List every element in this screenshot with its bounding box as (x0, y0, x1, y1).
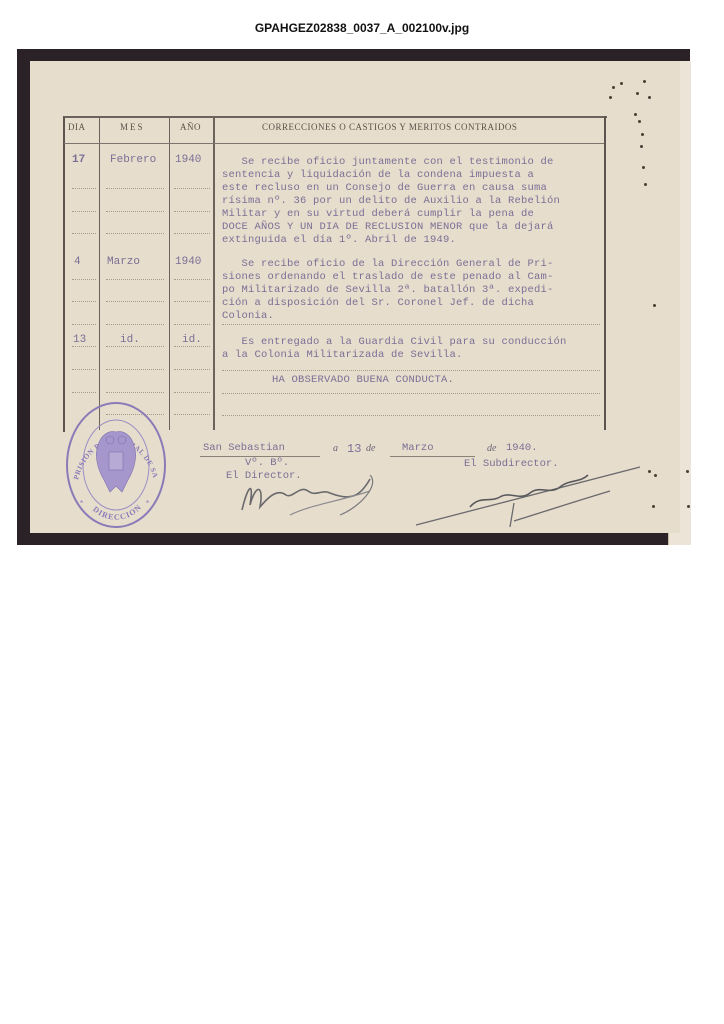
row2-ano: 1940 (175, 256, 201, 268)
header-dia: DIA (68, 122, 86, 132)
row1-text-line: Se recibe oficio juntamente con el testi… (222, 156, 554, 168)
image-filename: GPAHGEZ02838_0037_A_002100v.jpg (0, 21, 724, 35)
ruled-line (72, 392, 96, 393)
ruled-line (174, 279, 210, 280)
ruled-line (106, 279, 164, 280)
header-correcciones: CORRECCIONES O CASTIGOS Y MERITOS CONTRA… (262, 122, 517, 132)
table-right-border (604, 116, 606, 430)
ruled-line (174, 346, 210, 347)
row3-text-line: a la Colonia Militarizada de Sevilla. (222, 349, 463, 361)
ruled-line (72, 324, 96, 325)
ruled-line (72, 346, 96, 347)
footer-de1: de (366, 443, 375, 454)
row1-ano: 1940 (175, 154, 201, 166)
stamp-bottom-text: DIRECCION (91, 502, 143, 521)
ruled-line (174, 301, 210, 302)
row1-text-line: Militar y en su virtud deberá cumplir la… (222, 208, 534, 220)
ruled-line (106, 301, 164, 302)
ruled-line (72, 279, 96, 280)
column-divider-ano (213, 116, 215, 430)
subdirector-signature (410, 455, 650, 535)
row2-text-line: Colonia. (222, 310, 274, 322)
ruled-line (106, 233, 164, 234)
footer-year: 1940. (506, 442, 538, 454)
row2-dia: 4 (74, 256, 81, 268)
row1-dia: 17 (72, 154, 85, 166)
row2-text-line: po Militarizado de Sevilla 2ª. batallón … (222, 284, 554, 296)
ruled-line (72, 188, 96, 189)
ruled-line (174, 369, 210, 370)
ruled-line (72, 301, 96, 302)
svg-text:DIRECCION: DIRECCION (91, 502, 143, 521)
star-icon: * (80, 499, 83, 508)
ruled-line (174, 414, 210, 415)
director-signature (230, 455, 410, 530)
ruled-line (222, 370, 600, 371)
footer-a: a (333, 443, 338, 454)
row3-mes: id. (120, 334, 140, 346)
ruled-line (174, 324, 210, 325)
ruled-line (72, 211, 96, 212)
footer-day: 13 (347, 442, 361, 456)
row1-text-line: rísima nº. 36 por un delito de Auxilio a… (222, 195, 560, 207)
header-underline (64, 143, 604, 144)
ruled-line (222, 415, 600, 416)
row2-text-line: Se recibe oficio de la Dirección General… (222, 258, 554, 270)
ruled-line (174, 392, 210, 393)
ruled-line (72, 233, 96, 234)
ruled-line (106, 369, 164, 370)
ruled-line (174, 188, 210, 189)
conduct-note: HA OBSERVADO BUENA CONDUCTA. (272, 374, 454, 386)
header-mes: MES (120, 122, 145, 132)
footer-month: Marzo (402, 442, 434, 454)
prison-stamp: PRISION PROVINCIAL DE SAN SEBASTIAN DIRE… (64, 400, 168, 530)
footer-place: San Sebastian (203, 442, 285, 454)
ruled-line (106, 188, 164, 189)
footer-de2: de (487, 443, 496, 454)
ruled-line (72, 369, 96, 370)
ruled-line (222, 324, 600, 325)
row2-text-line: ción a disposición del Sr. Coronel Jef. … (222, 297, 534, 309)
row2-mes: Marzo (107, 256, 140, 268)
ruled-line (106, 346, 164, 347)
row1-text-line: sentencia y liquidación de la condena im… (222, 169, 534, 181)
row1-text-line: este recluso en un Consejo de Guerra en … (222, 182, 547, 194)
ruled-line (222, 393, 600, 394)
ruled-line (106, 392, 164, 393)
eagle-emblem-icon (96, 432, 135, 492)
row3-text-line: Es entregado a la Guardia Civil para su … (222, 336, 567, 348)
row3-ano: id. (182, 334, 202, 346)
column-divider-dia (99, 116, 100, 430)
ruled-line (106, 324, 164, 325)
header-ano: AÑO (180, 122, 201, 132)
ruled-line (106, 211, 164, 212)
ruled-line (174, 233, 210, 234)
ruled-line (174, 211, 210, 212)
column-divider-mes (169, 116, 170, 430)
row2-text-line: siones ordenando el traslado de este pen… (222, 271, 554, 283)
row1-mes: Febrero (110, 154, 156, 166)
row1-text-line: extinguida el día 1º. Abril de 1949. (222, 234, 456, 246)
star-icon: * (146, 499, 149, 508)
row3-dia: 13 (73, 334, 86, 346)
row1-text-line: DOCE AÑOS Y UN DIA DE RECLUSION MENOR qu… (222, 221, 554, 233)
